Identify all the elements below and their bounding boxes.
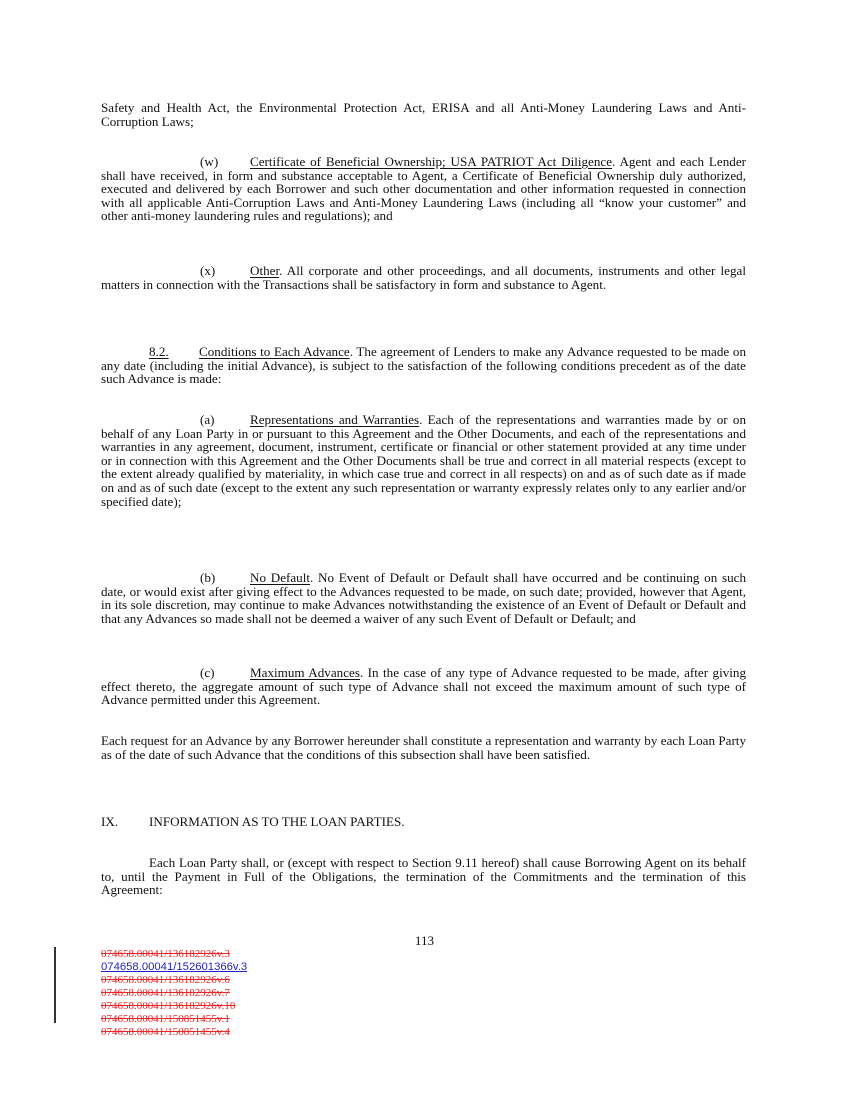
- footer-doc-id-inserted: 074658.00041/152601366v.3: [101, 961, 247, 974]
- section-8-2: 8.2.Conditions to Each Advance. The agre…: [101, 345, 746, 386]
- item-w: (w)Certificate of Beneficial Ownership; …: [101, 155, 746, 223]
- item-b: (b)No Default. No Event of Default or De…: [101, 571, 746, 625]
- item-w-label: (w): [200, 155, 250, 169]
- item-a-text: . Each of the representations and warran…: [101, 412, 746, 509]
- footer-doc-id-deleted: 074658.00041/150851455v.1: [101, 1013, 247, 1026]
- paragraph-article-ix: Each Loan Party shall, or (except with r…: [101, 856, 746, 897]
- footer-doc-id-deleted: 074658.00041/136182926v.7: [101, 987, 247, 1000]
- item-x: (x)Other. All corporate and other procee…: [101, 264, 746, 291]
- footer-doc-id-deleted: 074658.00041/136182926v.6: [101, 974, 247, 987]
- footer-document-ids: 074658.00041/136182926v.3 074658.00041/1…: [101, 948, 247, 1039]
- document-page: Safety and Health Act, the Environmental…: [0, 0, 849, 1100]
- item-b-label: (b): [200, 571, 250, 585]
- item-x-text: . All corporate and other proceedings, a…: [101, 263, 746, 292]
- paragraph-each-request: Each request for an Advance by any Borro…: [101, 734, 746, 761]
- change-bar: [54, 947, 56, 1023]
- footer-doc-id-deleted: 074658.00041/136182926v.3: [101, 948, 247, 961]
- paragraph-intro: Safety and Health Act, the Environmental…: [101, 101, 746, 128]
- item-a-label: (a): [200, 413, 250, 427]
- footer-doc-id-deleted: 074658.00041/136182926v.10: [101, 1000, 247, 1013]
- footer-doc-id-deleted: 074658.00041/150851455v.4: [101, 1026, 247, 1039]
- article-ix-number: IX.: [101, 815, 149, 829]
- article-ix-title: INFORMATION AS TO THE LOAN PARTIES.: [149, 814, 405, 829]
- item-c-label: (c): [200, 666, 250, 680]
- item-c: (c)Maximum Advances. In the case of any …: [101, 666, 746, 707]
- item-c-text: . In the case of any type of Advance req…: [101, 665, 746, 707]
- page-number: 113: [0, 934, 849, 948]
- article-ix-heading: IX.INFORMATION AS TO THE LOAN PARTIES.: [101, 815, 405, 829]
- item-b-text: . No Event of Default or Default shall h…: [101, 570, 746, 626]
- item-x-label: (x): [200, 264, 250, 278]
- section-8-2-number: 8.2.: [149, 345, 199, 359]
- item-a: (a)Representations and Warranties. Each …: [101, 413, 746, 508]
